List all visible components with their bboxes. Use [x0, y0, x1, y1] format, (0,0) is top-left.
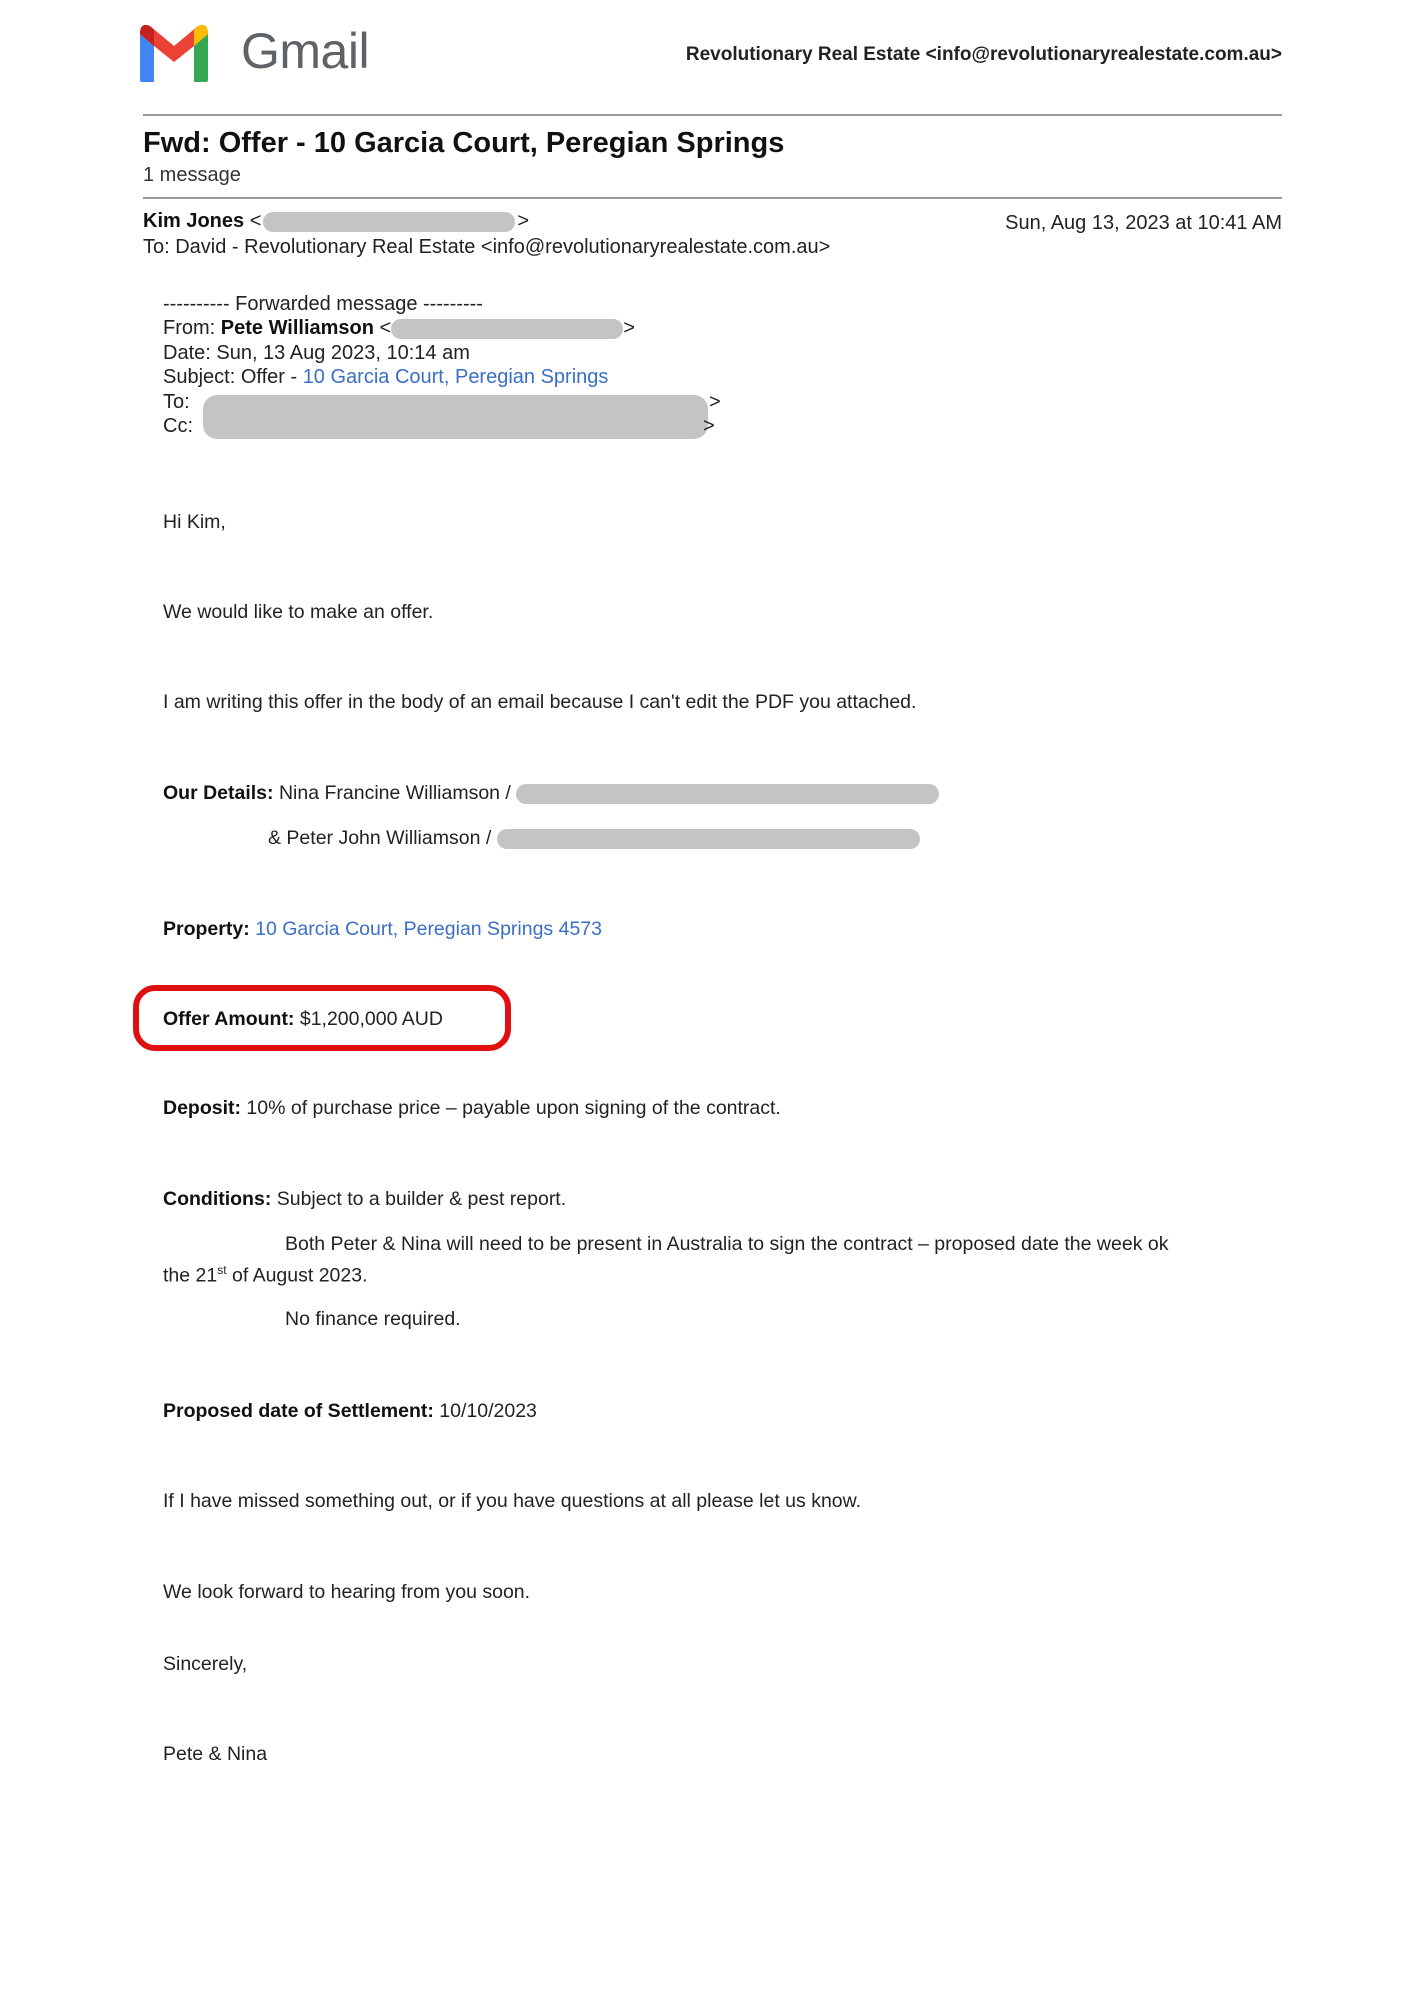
forwarded-to: To:: [163, 391, 190, 414]
message-recipient: To: David - Revolutionary Real Estate <i…: [143, 236, 830, 259]
conditions-line3: the 21st of August 2023.: [163, 1263, 368, 1288]
closing-line: We look forward to hearing from you soon…: [163, 1581, 530, 1604]
our-details: Our Details: Nina Francine Williamson /: [163, 782, 939, 805]
forwarded-cc: Cc:: [163, 415, 193, 438]
forwarded-date: Date: Sun, 13 Aug 2023, 10:14 am: [163, 342, 470, 365]
gmail-wordmark: Gmail: [241, 22, 369, 80]
sender-name: Kim Jones: [143, 210, 244, 232]
redacted-recipients: [203, 395, 708, 439]
signoff: Sincerely,: [163, 1653, 247, 1676]
thread-subject: Fwd: Offer - 10 Garcia Court, Peregian S…: [143, 127, 784, 160]
offer-amount: Offer Amount: $1,200,000 AUD: [163, 1008, 443, 1031]
deposit: Deposit: 10% of purchase price – payable…: [163, 1097, 781, 1120]
redacted-email: [391, 319, 623, 339]
divider: [143, 197, 1282, 199]
property-link[interactable]: 10 Garcia Court, Peregian Springs: [303, 366, 609, 388]
redacted-email: [263, 212, 515, 232]
our-details-line2: & Peter John Williamson /: [268, 827, 920, 850]
questions-line: If I have missed something out, or if yo…: [163, 1490, 861, 1513]
property-address-link[interactable]: 10 Garcia Court, Peregian Springs 4573: [255, 918, 602, 940]
property: Property: 10 Garcia Court, Peregian Spri…: [163, 918, 602, 941]
conditions: Conditions: Subject to a builder & pest …: [163, 1188, 566, 1211]
conditions-line2: Both Peter & Nina will need to be presen…: [285, 1233, 1168, 1256]
message-sender: Kim Jones <>: [143, 210, 529, 233]
message-count: 1 message: [143, 164, 241, 187]
settlement-date: Proposed date of Settlement: 10/10/2023: [163, 1400, 537, 1423]
reason-line: I am writing this offer in the body of a…: [163, 691, 916, 714]
greeting: Hi Kim,: [163, 511, 226, 534]
message-date: Sun, Aug 13, 2023 at 10:41 AM: [1005, 212, 1282, 235]
forwarded-from: From: Pete Williamson <>: [163, 317, 635, 340]
account-label: Revolutionary Real Estate <info@revoluti…: [686, 44, 1282, 66]
forwarded-separator: ---------- Forwarded message ---------: [163, 293, 483, 316]
intro-line: We would like to make an offer.: [163, 601, 433, 624]
conditions-line4: No finance required.: [285, 1308, 461, 1331]
divider: [143, 114, 1282, 116]
gmail-logo-icon: [136, 20, 212, 84]
signature: Pete & Nina: [163, 1743, 267, 1766]
forwarded-subject: Subject: Offer - 10 Garcia Court, Peregi…: [163, 366, 608, 389]
redacted-contact: [497, 829, 920, 849]
redacted-contact: [516, 784, 939, 804]
